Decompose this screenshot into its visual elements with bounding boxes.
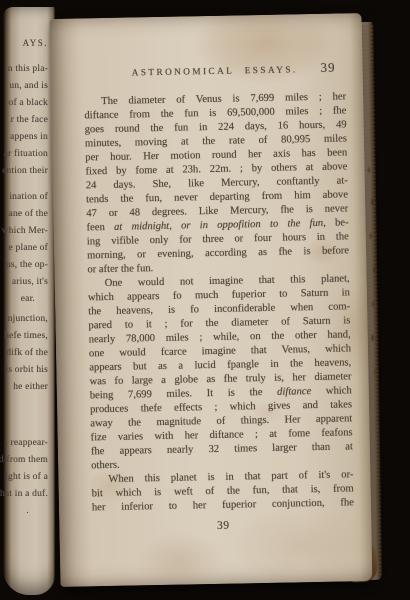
running-header-title: ASTRONOMICAL ESSAYS. [84, 62, 346, 81]
left-page-text-fragment: ination of [9, 192, 48, 202]
paragraph-container: The diameter of Venus is 7,699 miles ; h… [84, 90, 354, 515]
book-photo: AYS.n this pla-un, and isof a blackr the… [0, 0, 410, 600]
left-page-text-fragment: njunction, [8, 314, 48, 324]
left-page-text-fragment: ear. [21, 294, 35, 304]
left-page-text-fragment: . [26, 506, 29, 516]
left-page-text-fragment: , reappear- [5, 438, 48, 448]
left-page-text-fragment: hefe times, [4, 331, 48, 341]
left-page-text-fragment: d from them [0, 455, 48, 465]
left-page-text-fragment: difk of the [6, 348, 48, 358]
left-page-text-fragment: n this pla- [8, 64, 48, 74]
left-page-text-fragment: arius, it's [12, 277, 48, 287]
left-page-text-fragment: of a black [9, 98, 48, 108]
header-page-number: 39 [320, 61, 335, 75]
left-page-text-fragment: ention their [2, 166, 48, 176]
text-block: ASTRONOMICAL ESSAYS. 39 The diameter of … [84, 62, 355, 535]
left-page-text-fragment: ane of the [9, 209, 48, 219]
paragraph: One would not imagine that this planet,w… [88, 272, 354, 473]
left-page-text-fragment: AYS. [23, 38, 48, 48]
paragraph: The diameter of Venus is 7,699 miles ; h… [84, 90, 349, 277]
left-page-text-fragment: is orbit his [5, 365, 48, 375]
left-page-text-fragment: hat in a duf. [0, 489, 48, 499]
left-page-text-fragment: r the face [11, 115, 48, 125]
left-page-text-fragment: he either [13, 382, 48, 392]
left-page-text-fragment: ight is of a [5, 472, 48, 482]
left-page-text-fragment: appens in [10, 132, 48, 142]
left-page-text-fragment: us, the op- [6, 260, 48, 270]
footer-page-number: 39 [92, 516, 354, 535]
left-page-text-fragment: un, and is [9, 81, 48, 91]
left-page-text-fragment: which Mer- [2, 226, 48, 236]
left-page-text-fragment: ar fituation [4, 149, 48, 159]
book-page: ASTRONOMICAL ESSAYS. 39 The diameter of … [50, 13, 373, 587]
running-header: ASTRONOMICAL ESSAYS. 39 [84, 62, 346, 83]
paragraph: When this planet is in that part of it's… [91, 468, 354, 515]
left-page-text-fragment: e plane of [9, 243, 48, 253]
left-page-edge: AYS.n this pla-un, and isof a blackr the… [3, 7, 55, 595]
